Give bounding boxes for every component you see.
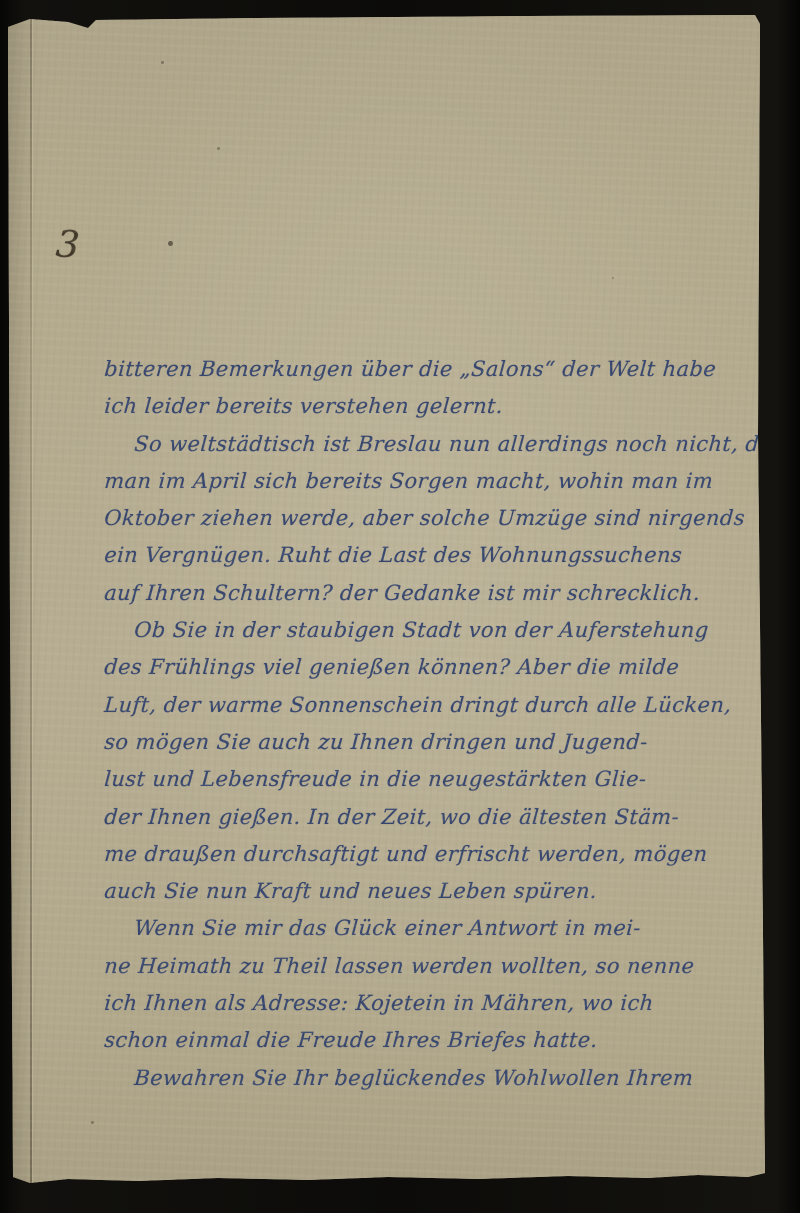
paper-speck — [612, 277, 614, 279]
handwritten-line: der Ihnen gießen. In der Zeit, wo die äl… — [103, 799, 761, 836]
handwriting-block: bitteren Bemerkungen über die „Salons“ d… — [103, 351, 758, 1097]
scan-background: 3 bitteren Bemerkungen über die „Salons“… — [0, 0, 800, 1213]
handwritten-line: Oktober ziehen werde, aber solche Umzüge… — [103, 500, 761, 537]
paper-speck — [217, 147, 220, 150]
handwritten-line: auf Ihren Schultern? der Gedanke ist mir… — [103, 575, 761, 612]
ink-blot — [168, 241, 173, 246]
handwritten-line: ich Ihnen als Adresse: Kojetein in Mähre… — [103, 985, 761, 1022]
paper-speck — [91, 1121, 94, 1124]
handwritten-line: des Frühlings viel genießen können? Aber… — [103, 649, 761, 686]
handwritten-line: Bewahren Sie Ihr beglückendes Wohlwollen… — [103, 1060, 761, 1097]
handwritten-line: Luft, der warme Sonnenschein dringt durc… — [103, 687, 761, 724]
page-number: 3 — [55, 222, 81, 267]
handwritten-line: bitteren Bemerkungen über die „Salons“ d… — [103, 351, 761, 388]
handwritten-line: lust und Lebensfreude in die neugestärkt… — [103, 761, 761, 798]
handwritten-line: schon einmal die Freude Ihres Briefes ha… — [103, 1022, 761, 1059]
letter-page: 3 bitteren Bemerkungen über die „Salons“… — [8, 15, 772, 1185]
fold-crease — [30, 15, 32, 1185]
handwritten-line: me draußen durchsaftigt und erfrischt we… — [103, 836, 761, 873]
handwritten-line: Wenn Sie mir das Glück einer Antwort in … — [103, 910, 761, 947]
handwritten-line: ein Vergnügen. Ruht die Last des Wohnung… — [103, 537, 761, 574]
handwritten-line: So weltstädtisch ist Breslau nun allerdi… — [103, 426, 761, 463]
handwritten-line: so mögen Sie auch zu Ihnen dringen und J… — [103, 724, 761, 761]
handwritten-line: Ob Sie in der staubigen Stadt von der Au… — [103, 612, 761, 649]
paper-speck — [161, 61, 164, 64]
handwritten-line: ne Heimath zu Theil lassen werden wollte… — [103, 948, 761, 985]
handwritten-line: ich leider bereits verstehen gelernt. — [103, 388, 761, 425]
handwritten-line: auch Sie nun Kraft und neues Leben spüre… — [103, 873, 761, 910]
handwritten-line: man im April sich bereits Sorgen macht, … — [103, 463, 761, 500]
